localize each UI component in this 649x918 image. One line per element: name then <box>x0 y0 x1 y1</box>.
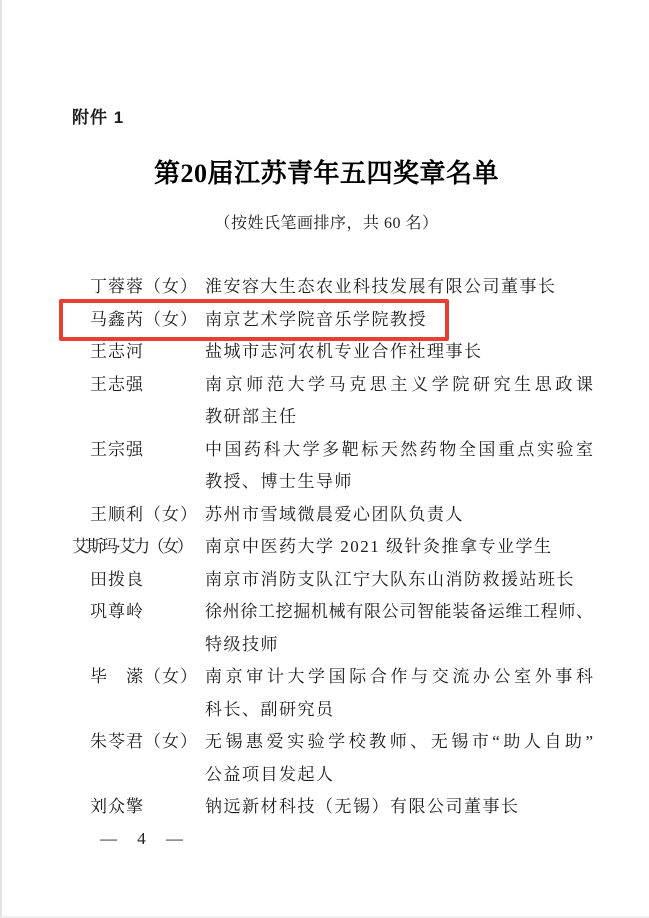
desc-line: 南京艺术学院音乐学院教授 <box>205 304 593 337</box>
desc-line: 无锡惠爱实验学校教师、无锡市“助人自助” <box>205 726 593 759</box>
desc-line: 南京师范大学马克思主义学院研究生思政课 <box>205 369 593 402</box>
list-row: 王顺利（女）苏州市雪域微晨爱心团队负责人 <box>2 499 649 532</box>
desc-line: 徐州徐工挖掘机械有限公司智能装备运维工程师、 <box>205 596 593 629</box>
list-row: 巩尊岭徐州徐工挖掘机械有限公司智能装备运维工程师、特级技师 <box>2 596 649 661</box>
awardee-name: 毕 潆（女） <box>90 661 198 694</box>
desc-line: 盐城市志河农机专业合作社理事长 <box>205 336 593 369</box>
awardee-desc: 中国药科大学多靶标天然药物全国重点实验室教授、博士生导师 <box>205 434 593 499</box>
awardee-desc: 南京师范大学马克思主义学院研究生思政课教研部主任 <box>205 369 593 434</box>
desc-line: 中国药科大学多靶标天然药物全国重点实验室 <box>205 434 593 467</box>
desc-line: 南京市消防支队江宁大队东山消防救援站班长 <box>205 564 593 597</box>
awardee-desc: 钠远新材科技（无锡）有限公司董事长 <box>205 791 593 824</box>
desc-line: 教授、博士生导师 <box>205 466 593 499</box>
list-row: 丁蓉蓉（女）淮安容大生态农业科技发展有限公司董事长 <box>2 271 649 304</box>
list-row: 王宗强中国药科大学多靶标天然药物全国重点实验室教授、博士生导师 <box>2 434 649 499</box>
list-row: 马鑫芮（女）南京艺术学院音乐学院教授 <box>2 304 649 337</box>
awardee-desc: 盐城市志河农机专业合作社理事长 <box>205 336 593 369</box>
awardee-desc: 南京中医药大学 2021 级针灸推拿专业学生 <box>205 531 593 564</box>
awardee-name: 艾斯玛·艾力（女） <box>72 531 191 564</box>
awardee-desc: 南京审计大学国际合作与交流办公室外事科科长、副研究员 <box>205 661 593 726</box>
awardee-name: 丁蓉蓉（女） <box>90 271 198 304</box>
list-row: 艾斯玛·艾力（女）南京中医药大学 2021 级针灸推拿专业学生 <box>2 531 649 564</box>
awardee-desc: 苏州市雪域微晨爱心团队负责人 <box>205 499 593 532</box>
list-row: 朱苓君（女）无锡惠爱实验学校教师、无锡市“助人自助”公益项目发起人 <box>2 726 649 791</box>
desc-line: 南京中医药大学 2021 级针灸推拿专业学生 <box>205 531 593 564</box>
awardee-name: 王志强 <box>90 369 144 402</box>
awardee-name: 王宗强 <box>90 434 144 467</box>
document-page: 附件 1 第20届江苏青年五四奖章名单 （按姓氏笔画排序，共 60 名） 丁蓉蓉… <box>0 0 649 918</box>
list-row: 田拨良南京市消防支队江宁大队东山消防救援站班长 <box>2 564 649 597</box>
page-title: 第20届江苏青年五四奖章名单 <box>2 153 649 190</box>
desc-line: 淮安容大生态农业科技发展有限公司董事长 <box>205 271 593 304</box>
awardee-name: 刘众擎 <box>90 791 144 824</box>
awardee-desc: 南京艺术学院音乐学院教授 <box>205 304 593 337</box>
awardee-name: 王顺利（女） <box>90 499 198 532</box>
page-number: — 4 — <box>100 823 191 856</box>
awardee-list: 丁蓉蓉（女）淮安容大生态农业科技发展有限公司董事长马鑫芮（女）南京艺术学院音乐学… <box>2 271 649 824</box>
awardee-desc: 徐州徐工挖掘机械有限公司智能装备运维工程师、特级技师 <box>205 596 593 661</box>
desc-line: 公益项目发起人 <box>205 759 593 792</box>
list-row: 毕 潆（女）南京审计大学国际合作与交流办公室外事科科长、副研究员 <box>2 661 649 726</box>
awardee-name: 朱苓君（女） <box>90 726 198 759</box>
desc-line: 特级技师 <box>205 629 593 662</box>
desc-line: 苏州市雪域微晨爱心团队负责人 <box>205 499 593 532</box>
attachment-label: 附件 1 <box>72 103 124 128</box>
awardee-desc: 无锡惠爱实验学校教师、无锡市“助人自助”公益项目发起人 <box>205 726 593 791</box>
list-row: 刘众擎钠远新材科技（无锡）有限公司董事长 <box>2 791 649 824</box>
desc-line: 教研部主任 <box>205 401 593 434</box>
awardee-desc: 淮安容大生态农业科技发展有限公司董事长 <box>205 271 593 304</box>
awardee-name: 巩尊岭 <box>90 596 144 629</box>
list-row: 王志河盐城市志河农机专业合作社理事长 <box>2 336 649 369</box>
desc-line: 科长、副研究员 <box>205 694 593 727</box>
awardee-name: 田拨良 <box>90 564 144 597</box>
desc-line: 钠远新材科技（无锡）有限公司董事长 <box>205 791 593 824</box>
awardee-name: 马鑫芮（女） <box>90 304 198 337</box>
desc-line: 南京审计大学国际合作与交流办公室外事科 <box>205 661 593 694</box>
awardee-desc: 南京市消防支队江宁大队东山消防救援站班长 <box>205 564 593 597</box>
list-row: 王志强南京师范大学马克思主义学院研究生思政课教研部主任 <box>2 369 649 434</box>
awardee-name: 王志河 <box>90 336 144 369</box>
page-subtitle: （按姓氏笔画排序，共 60 名） <box>2 210 649 233</box>
